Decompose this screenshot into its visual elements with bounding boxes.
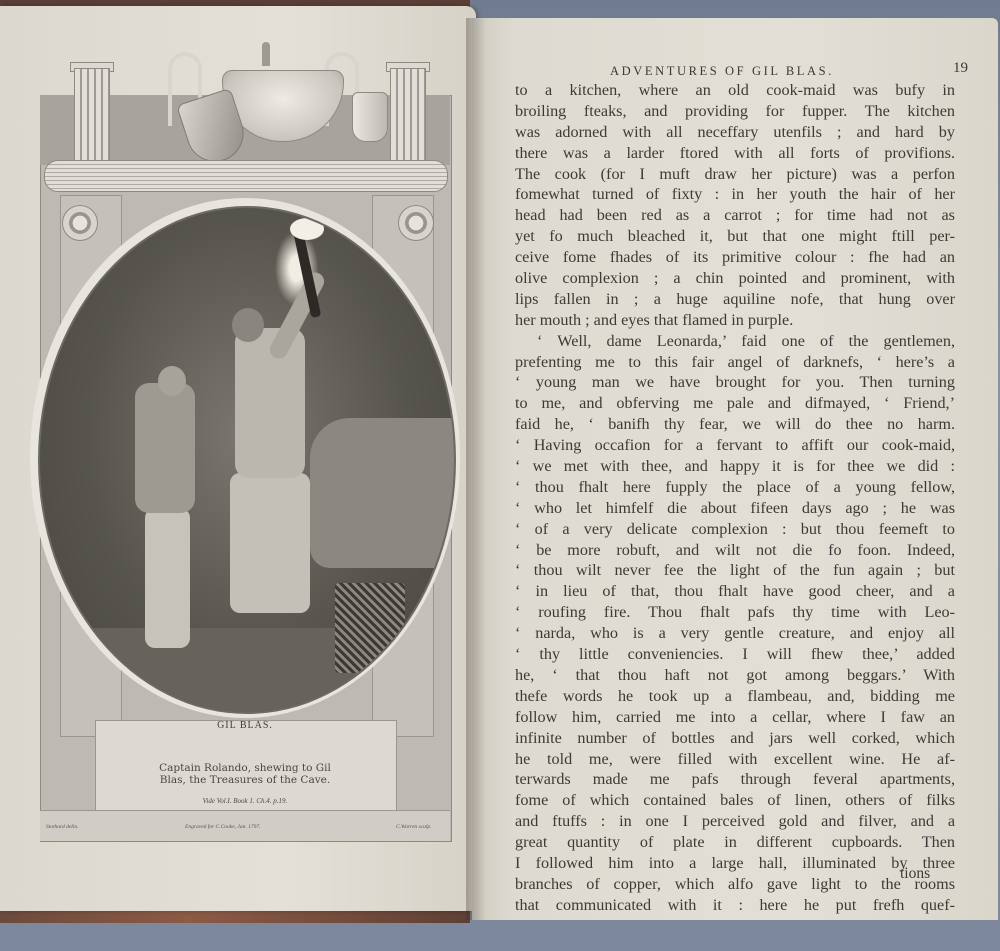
text-line: lips fallen in ; a huge aquiline nofe, t…	[515, 289, 955, 310]
text-line: he told me, were filled with excellent w…	[515, 749, 955, 770]
text-line: ‘ Well, dame Leonarda,’ faid one of the …	[515, 331, 955, 352]
artist-credit: Stothard delin.	[46, 824, 79, 830]
rolando-legs	[230, 473, 310, 613]
fluted-column-right	[390, 68, 426, 165]
text-line: terwards made me pafs through feveral ap…	[515, 769, 955, 790]
page-number: 19	[953, 60, 968, 77]
catchword: tions	[900, 865, 930, 883]
text-line: he, ‘ that thou haft not got among begga…	[515, 665, 955, 686]
silver-jug	[352, 92, 388, 142]
text-line: her mouth ; and eyes that flamed in purp…	[515, 310, 955, 331]
text-line: I followed him into a large hall, illumi…	[515, 853, 955, 874]
text-line: that communicated with it : here he put …	[515, 895, 955, 916]
book-gutter	[466, 18, 486, 920]
rolando-head	[232, 308, 264, 342]
text-line: ceive fome fhades of its primitive colou…	[515, 247, 955, 268]
text-line: ‘ we met with thee, and happy it is for …	[515, 456, 955, 477]
text-line: was adorned with all neceffary utenfils …	[515, 122, 955, 143]
text-line: to me, and obferving me pale and difmaye…	[515, 393, 955, 414]
text-line: follow him, carried me into a cellar, wh…	[515, 707, 955, 728]
text-line: broiling fteaks, and providing for fuppe…	[515, 101, 955, 122]
gil-blas-head	[158, 366, 186, 396]
treasure-basket	[335, 583, 405, 673]
gil-blas-figure	[135, 383, 195, 513]
text-line: head had been red as a carrot ; for time…	[515, 205, 955, 226]
drapery-treasure-pile	[310, 418, 456, 568]
text-line: ‘ thy little conveniencies. I will fhew …	[515, 644, 955, 665]
text-line: ‘ thou wilt never fee the light of the f…	[515, 560, 955, 581]
plate-title: GIL BLAS.	[95, 720, 395, 731]
text-line: yet fo much bleached it, but that one mi…	[515, 226, 955, 247]
rosette-ornament-right	[398, 205, 434, 241]
urn-finial	[262, 42, 270, 66]
running-head: ADVENTURES OF GIL BLAS.	[610, 64, 834, 79]
plate-caption-line: Captain Rolando, shewing to Gil	[95, 762, 395, 774]
text-line: ‘ thou fhalt here fupply the place of a …	[515, 477, 955, 498]
text-line: thefe words he took up a flambeau, and, …	[515, 686, 955, 707]
engraving-scene	[38, 206, 456, 714]
text-line: to a kitchen, where an old cook-maid was…	[515, 80, 955, 101]
text-line: infinite number of bottles and jars well…	[515, 728, 955, 749]
text-line: and ftuffs : in one I perceived gold and…	[515, 811, 955, 832]
text-line: faid he, ‘ banifh thy fear, we will do t…	[515, 414, 955, 435]
text-line: The cook (for I muft draw her picture) w…	[515, 164, 955, 185]
engraver-credit: C.Warren sculp.	[396, 824, 432, 830]
text-line: ‘ in lieu of that, thou fhalt have good …	[515, 581, 955, 602]
text-line: ‘ who let himfelf die about fifeen days …	[515, 498, 955, 519]
rosette-ornament-left	[62, 205, 98, 241]
text-line: ‘ young man we have brought for you. The…	[515, 372, 955, 393]
flame-icon	[290, 218, 324, 240]
publisher-credit: Engraved for C.Cooke, Jan. 1797.	[185, 824, 260, 830]
text-line: great quantity of plate in different cup…	[515, 832, 955, 853]
text-line: ‘ be more robuft, and wilt not die fo fo…	[515, 540, 955, 561]
text-line: fome of which contained bales of linen, …	[515, 790, 955, 811]
text-line: olive complexion ; a chin pointed and pr…	[515, 268, 955, 289]
text-line: ‘ Having occafion for a fervant to affif…	[515, 435, 955, 456]
mantel-shelf	[44, 160, 448, 192]
fluted-column-left	[74, 68, 110, 165]
gil-blas-legs	[145, 508, 190, 648]
text-line: branches of copper, which alfo gave ligh…	[515, 874, 955, 895]
text-line: ‘ narda, who is a very gentle creature, …	[515, 623, 955, 644]
text-line: ‘ of a very delicate complexion : but th…	[515, 519, 955, 540]
text-line: ‘ roufing fire. Thou fhalt pafs thy time…	[515, 602, 955, 623]
plate-caption-line: Blas, the Treasures of the Cave.	[95, 774, 395, 786]
text-line: prefenting me to this fair angel of dark…	[515, 352, 955, 373]
text-line: there was a larder ftored with all forts…	[515, 143, 955, 164]
plate-reference: Vide Vol.I. Book 1. Ch.4. p.19.	[95, 797, 395, 805]
body-text: to a kitchen, where an old cook-maid was…	[515, 80, 955, 916]
text-line: fomewhat turned of fixty : in her youth …	[515, 184, 955, 205]
plate-caption: Captain Rolando, shewing to Gil Blas, th…	[95, 762, 395, 786]
